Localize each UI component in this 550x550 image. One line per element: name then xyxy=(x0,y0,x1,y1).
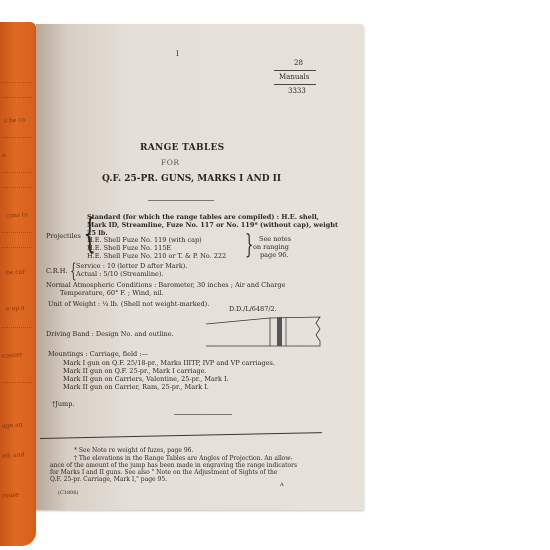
left-page-fragment: concer xyxy=(2,351,23,359)
page-number: 28 xyxy=(294,59,303,67)
header-rule xyxy=(274,70,316,71)
footnote-star: * See Note re weight of fuzes, page 96. xyxy=(74,447,193,455)
left-page-fragment: be car xyxy=(6,268,26,276)
driving-band-diagram xyxy=(204,314,324,350)
page-marker: I xyxy=(176,50,179,58)
document-page: I 28 Manuals 3333 RANGE TABLES FOR Q.F. … xyxy=(36,24,364,510)
signature-mark: A xyxy=(280,482,284,490)
title-line-2: FOR xyxy=(161,158,180,167)
drawing-reference: D.D./L/6487/2. xyxy=(229,306,277,314)
print-code: (C1806) xyxy=(58,490,78,498)
title-line-3: Q.F. 25-PR. GUNS, MARKS I AND II xyxy=(102,174,281,184)
title-line-1: RANGE TABLES xyxy=(140,143,224,153)
left-page-fragment: s be ca xyxy=(4,116,26,124)
left-page-fragment: rouse xyxy=(2,491,19,499)
book-cover-left-page: s be ca e. cons to be car e up a concer … xyxy=(0,22,36,546)
footnote-dagger: Q.F. 25-pr. Carriage, Mark I," page 95. xyxy=(50,476,167,484)
projectile-standard-line: Mark ID, Streamline, Fuze No. 117 or No.… xyxy=(87,222,338,230)
left-page-fragment: cons to xyxy=(6,211,28,220)
reference-number: 3333 xyxy=(288,87,306,95)
jump-note: †Jump. xyxy=(52,401,74,409)
projectiles-label: Projectiles xyxy=(46,233,81,241)
left-page-fragment: uge an xyxy=(2,421,23,429)
section-divider xyxy=(174,414,232,415)
crh-actual: Actual : 5/10 (Streamline). xyxy=(76,271,163,279)
projectile-item: H.E. Shell Fuze No. 210 or T. & P. No. 2… xyxy=(87,253,226,261)
projectile-note: page 96. xyxy=(260,252,288,260)
left-page-fragment: e. xyxy=(2,152,8,159)
footnote-rule xyxy=(40,432,322,439)
category-label: Manuals xyxy=(279,73,309,81)
crh-label: C.R.H. xyxy=(46,268,68,276)
atmospheric-conditions-cont: Temperature, 60° F. ; Wind, nil. xyxy=(60,290,164,298)
left-page-fragment: e up a xyxy=(6,304,25,312)
left-page-fragment: ed; and xyxy=(2,451,25,460)
header-rule xyxy=(274,84,316,85)
unit-of-weight: Unit of Weight : ¼ lb. (Shell not weight… xyxy=(48,301,209,309)
title-divider xyxy=(148,200,214,201)
mountings-heading: Mountings : Carriage, field :— xyxy=(48,351,148,359)
driving-band: Driving Band : Design No. and outline. xyxy=(46,331,174,339)
mounting-item: Mark II gun on Carrier, Ram, 25-pr., Mar… xyxy=(63,384,209,392)
